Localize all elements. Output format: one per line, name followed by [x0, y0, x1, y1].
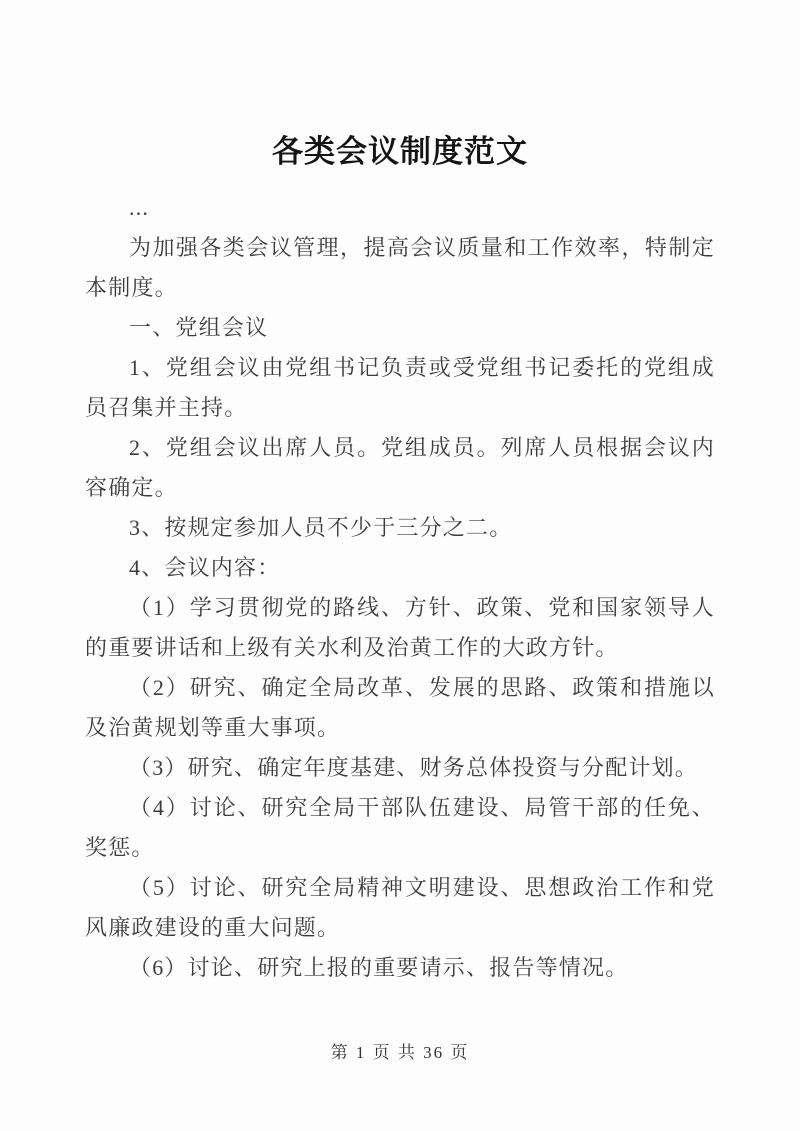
paragraph: （3）研究、确定年度基建、财务总体投资与分配计划。	[85, 748, 715, 788]
paragraph: （4）讨论、研究全局干部队伍建设、局管干部的任免、奖惩。	[85, 788, 715, 868]
paragraph: 一、党组会议	[85, 308, 715, 348]
paragraph: 为加强各类会议管理，提高会议质量和工作效率，特制定本制度。	[85, 228, 715, 308]
paragraph: （5）讨论、研究全局精神文明建设、思想政治工作和党风廉政建设的重大问题。	[85, 868, 715, 948]
paragraph: ...	[85, 188, 715, 228]
paragraph: （2）研究、确定全局改革、发展的思路、政策和措施以及治黄规划等重大事项。	[85, 668, 715, 748]
document-title: 各类会议制度范文	[85, 130, 715, 174]
document-content: 各类会议制度范文 ...为加强各类会议管理，提高会议质量和工作效率，特制定本制度…	[85, 130, 715, 988]
paragraph: 4、会议内容：	[85, 548, 715, 588]
paragraph: 3、按规定参加人员不少于三分之二。	[85, 508, 715, 548]
document-page: 各类会议制度范文 ...为加强各类会议管理，提高会议质量和工作效率，特制定本制度…	[0, 0, 800, 1131]
page-number-footer: 第 1 页 共 36 页	[0, 1038, 800, 1063]
paragraph: 1、党组会议由党组书记负责或受党组书记委托的党组成员召集并主持。	[85, 348, 715, 428]
document-body: ...为加强各类会议管理，提高会议质量和工作效率，特制定本制度。一、党组会议1、…	[85, 188, 715, 988]
paragraph: 2、党组会议出席人员。党组成员。列席人员根据会议内容确定。	[85, 428, 715, 508]
paragraph: （1）学习贯彻党的路线、方针、政策、党和国家领导人的重要讲话和上级有关水利及治黄…	[85, 588, 715, 668]
paragraph: （6）讨论、研究上报的重要请示、报告等情况。	[85, 948, 715, 988]
